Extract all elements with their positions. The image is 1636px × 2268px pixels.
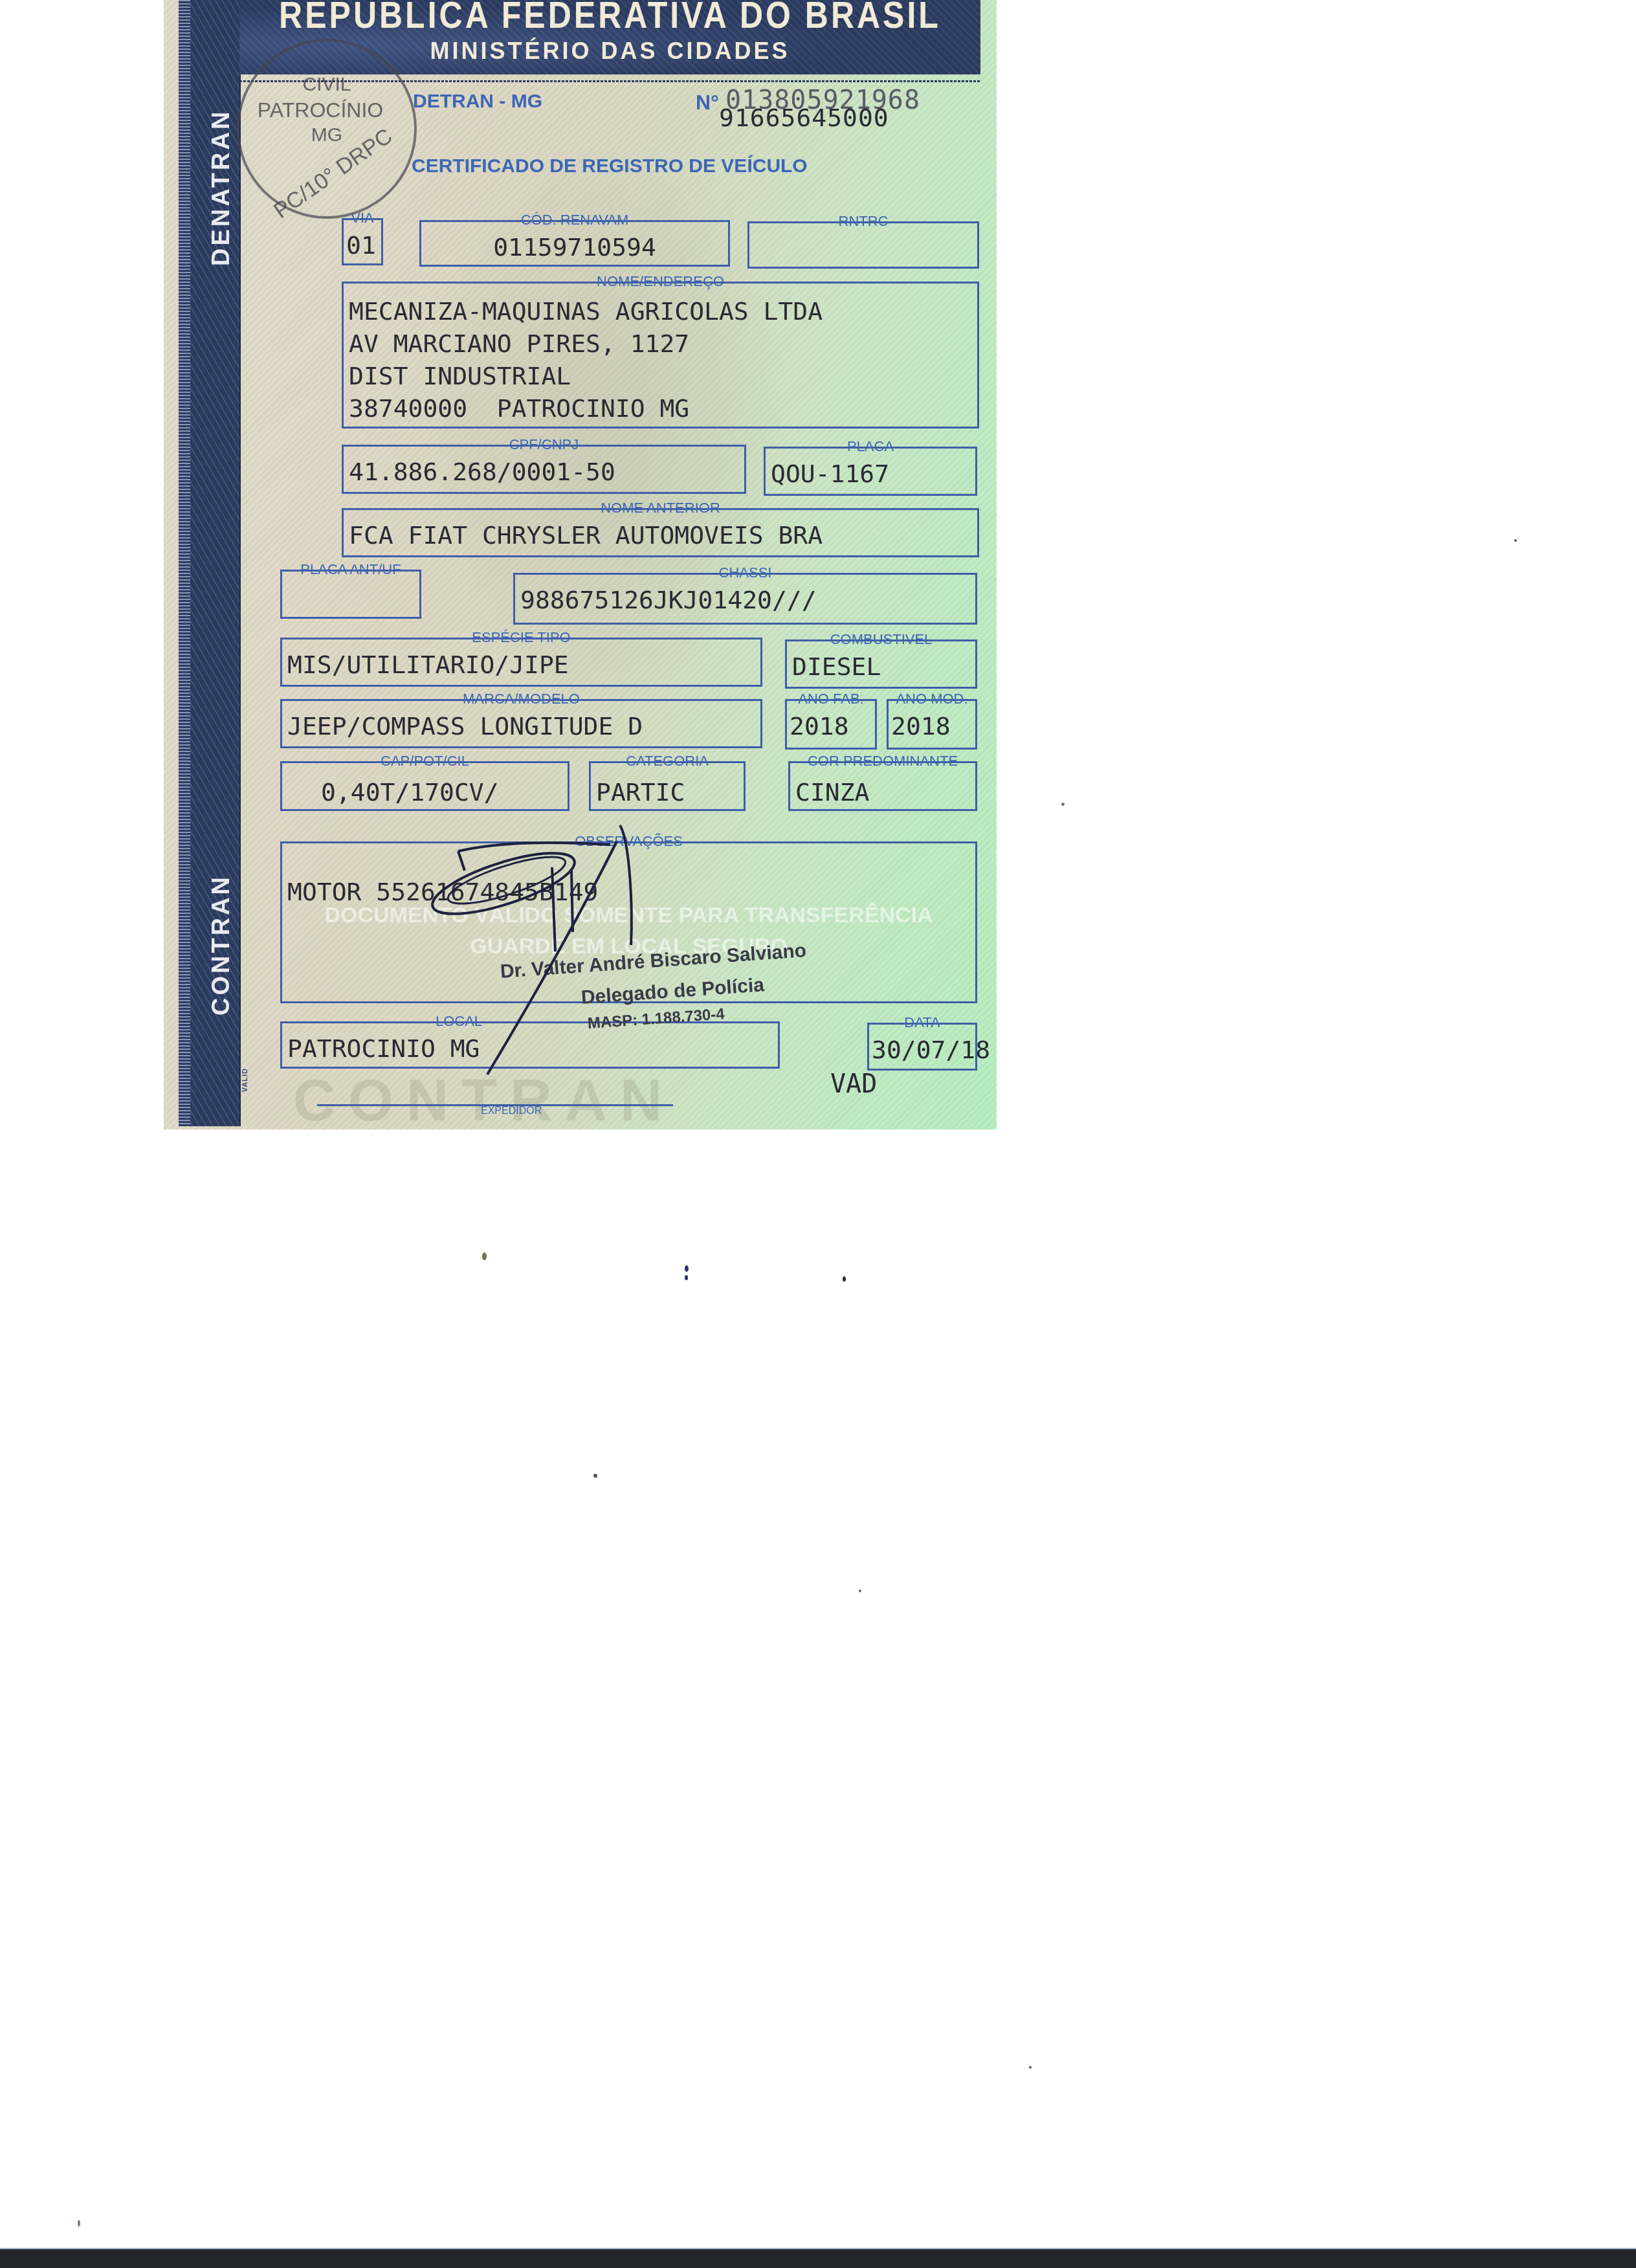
- expedidor-code: VAD: [830, 1069, 877, 1099]
- handwritten-signature: [164, 0, 997, 1129]
- scan-speck: [685, 1275, 688, 1280]
- scan-speck: [685, 1265, 689, 1272]
- scan-speck: [1514, 539, 1517, 542]
- scan-speck: [593, 1474, 597, 1478]
- scanner-edge-bar: [0, 2248, 1636, 2268]
- scan-speck: [482, 1252, 487, 1260]
- vehicle-registration-certificate: DENATRAN CONTRAN VALID REPÚBLICA FEDERAT…: [164, 0, 997, 1129]
- scan-speck: [78, 2220, 80, 2227]
- scan-speck: [1061, 803, 1065, 806]
- contran-denatran-watermark: CONTRAN DENATRAN: [293, 1068, 997, 1129]
- scan-speck: [1029, 2066, 1032, 2069]
- expedidor-label: EXPEDIDOR: [481, 1106, 542, 1117]
- scan-speck: [859, 1590, 861, 1592]
- scan-speck: [843, 1276, 846, 1282]
